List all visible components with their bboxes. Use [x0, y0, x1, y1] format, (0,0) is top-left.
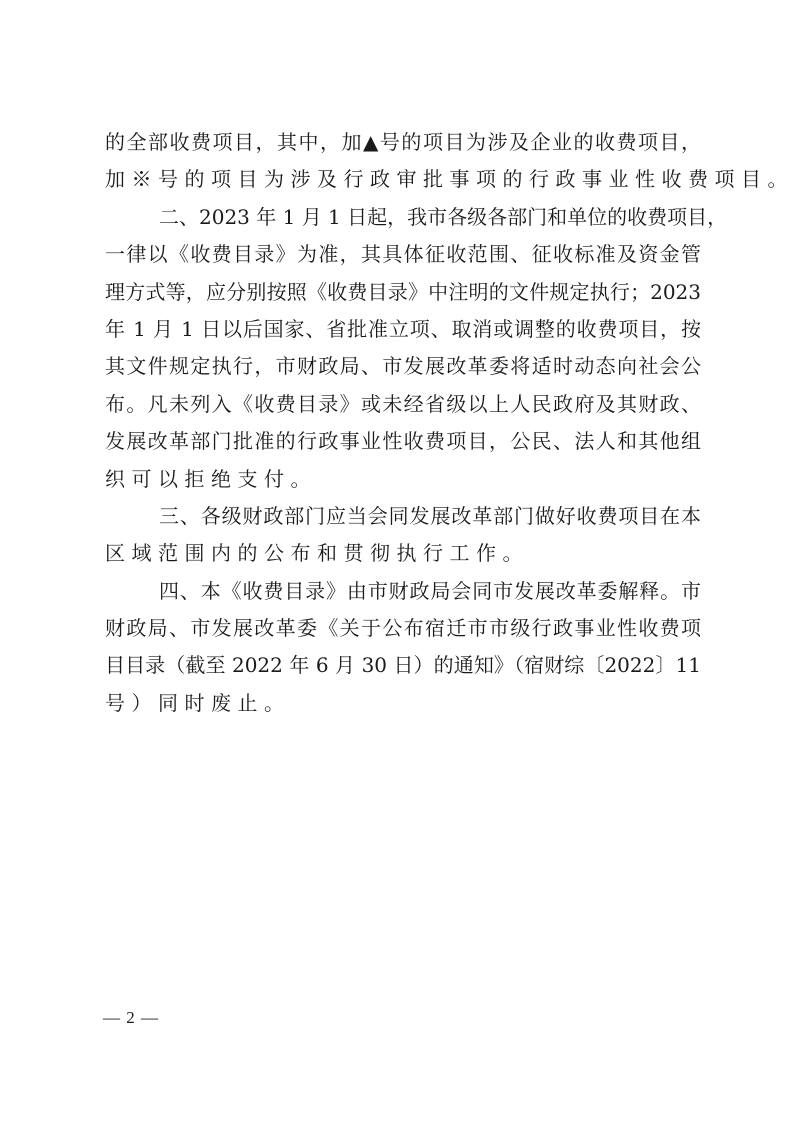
text-line: 财政局、市发展改革委《关于公布宿迁市市级行政事业性收费项	[105, 610, 701, 647]
document-page: 的全部收费项目，其中，加▲号的项目为涉及企业的收费项目， 加※号的项目为涉及行政…	[0, 0, 793, 1122]
text-line: 加※号的项目为涉及行政审批事项的行政事业性收费项目。	[105, 161, 701, 198]
text-line: 号）同时废止。	[105, 685, 701, 722]
text-line: 一律以《收费目录》为准，其具体征收范围、征收标准及资金管	[105, 236, 701, 273]
text-line: 的全部收费项目，其中，加▲号的项目为涉及企业的收费项目，	[105, 124, 701, 161]
paragraph-2-start: 二、2023 年 1 月 1 日起，我市各级各部门和单位的收费项目，	[105, 199, 701, 236]
text-line: 其文件规定执行，市财政局、市发展改革委将适时动态向社会公	[105, 348, 701, 385]
document-body: 的全部收费项目，其中，加▲号的项目为涉及企业的收费项目， 加※号的项目为涉及行政…	[105, 124, 701, 722]
text-line: 年 1 月 1 日以后国家、省批准立项、取消或调整的收费项目，按	[105, 311, 701, 348]
text-line: 发展改革部门批准的行政事业性收费项目，公民、法人和其他组	[105, 423, 701, 460]
text-line: 织可以拒绝支付。	[105, 461, 701, 498]
paragraph-4-start: 四、本《收费目录》由市财政局会同市发展改革委解释。市	[105, 573, 701, 610]
page-number: — 2 —	[103, 1008, 159, 1028]
text-line: 理方式等，应分别按照《收费目录》中注明的文件规定执行；2023	[105, 274, 701, 311]
text-line: 区域范围内的公布和贯彻执行工作。	[105, 535, 701, 572]
text-line: 目目录（截至 2022 年 6 月 30 日）的通知》（宿财综〔2022〕11	[105, 647, 701, 684]
paragraph-3-start: 三、各级财政部门应当会同发展改革部门做好收费项目在本	[105, 498, 701, 535]
text-line: 布。凡未列入《收费目录》或未经省级以上人民政府及其财政、	[105, 386, 701, 423]
